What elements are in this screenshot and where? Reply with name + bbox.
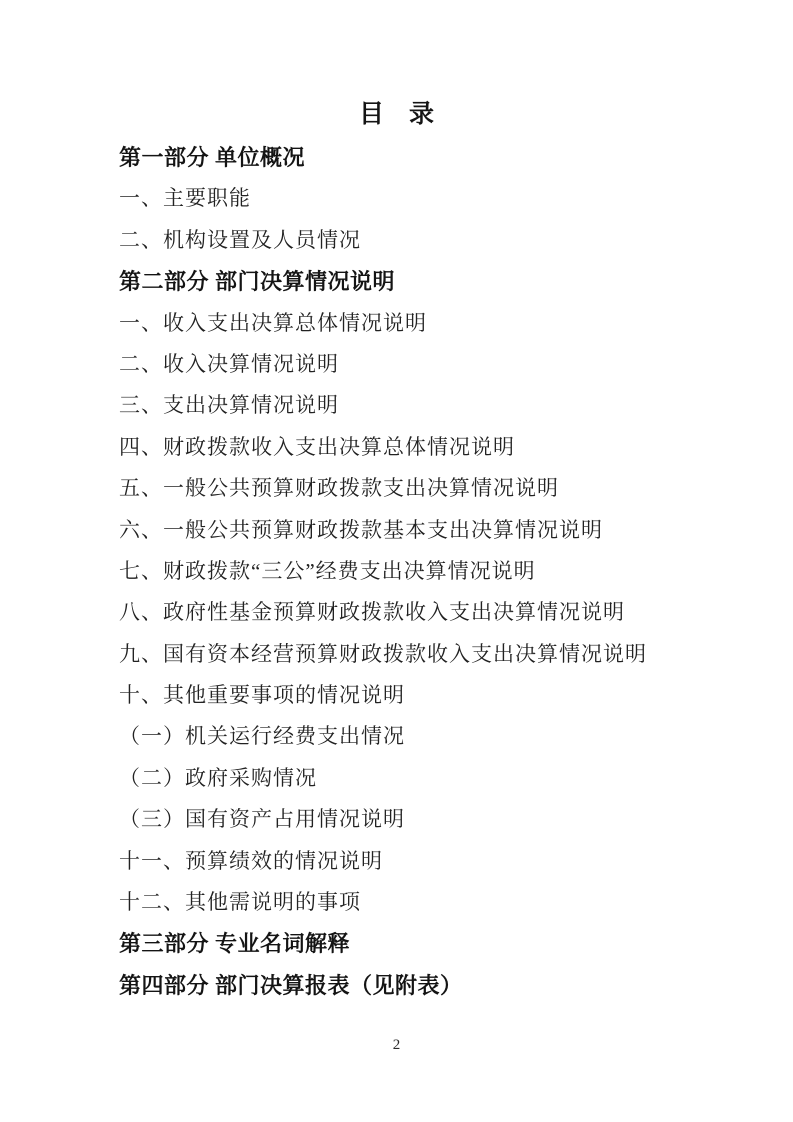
page-number: 2 — [0, 1037, 793, 1054]
document-page: 目 录 第一部分 单位概况 一、主要职能 二、机构设置及人员情况 第二部分 部门… — [0, 0, 793, 1122]
toc-section-part1: 第一部分 单位概况 — [119, 137, 743, 178]
toc-section-part3: 第三部分 专业名词解释 — [119, 923, 743, 964]
toc-item-income: 二、收入决算情况说明 — [119, 344, 743, 385]
toc-item-other-notes: 十二、其他需说明的事项 — [119, 882, 743, 923]
toc-item-general-budget-expense: 五、一般公共预算财政拨款支出决算情况说明 — [119, 468, 743, 509]
toc-subitem-govt-procurement: （二）政府采购情况 — [119, 758, 743, 799]
toc-section-part4: 第四部分 部门决算报表（见附表） — [119, 965, 743, 1006]
toc-section-part2: 第二部分 部门决算情况说明 — [119, 261, 743, 302]
toc-item-overall-income-expense: 一、收入支出决算总体情况说明 — [119, 303, 743, 344]
toc-item-org-staffing: 二、机构设置及人员情况 — [119, 220, 743, 261]
toc-subitem-state-assets: （三）国有资产占用情况说明 — [119, 799, 743, 840]
toc-item-other-important: 十、其他重要事项的情况说明 — [119, 675, 743, 716]
toc-item-govt-fund-budget: 八、政府性基金预算财政拨款收入支出决算情况说明 — [119, 592, 743, 633]
toc-item-expense: 三、支出决算情况说明 — [119, 385, 743, 426]
toc-item-main-functions: 一、主要职能 — [119, 178, 743, 219]
toc-item-state-capital-budget: 九、国有资本经营预算财政拨款收入支出决算情况说明 — [119, 634, 743, 675]
table-of-contents: 第一部分 单位概况 一、主要职能 二、机构设置及人员情况 第二部分 部门决算情况… — [119, 137, 743, 1006]
toc-title: 目 录 — [0, 99, 793, 131]
toc-subitem-operating-expense: （一）机关运行经费支出情况 — [119, 716, 743, 757]
toc-item-budget-performance: 十一、预算绩效的情况说明 — [119, 841, 743, 882]
toc-item-general-budget-basic: 六、一般公共预算财政拨款基本支出决算情况说明 — [119, 510, 743, 551]
toc-item-fiscal-overall: 四、财政拨款收入支出决算总体情况说明 — [119, 427, 743, 468]
toc-item-three-public-funds: 七、财政拨款“三公”经费支出决算情况说明 — [119, 551, 743, 592]
